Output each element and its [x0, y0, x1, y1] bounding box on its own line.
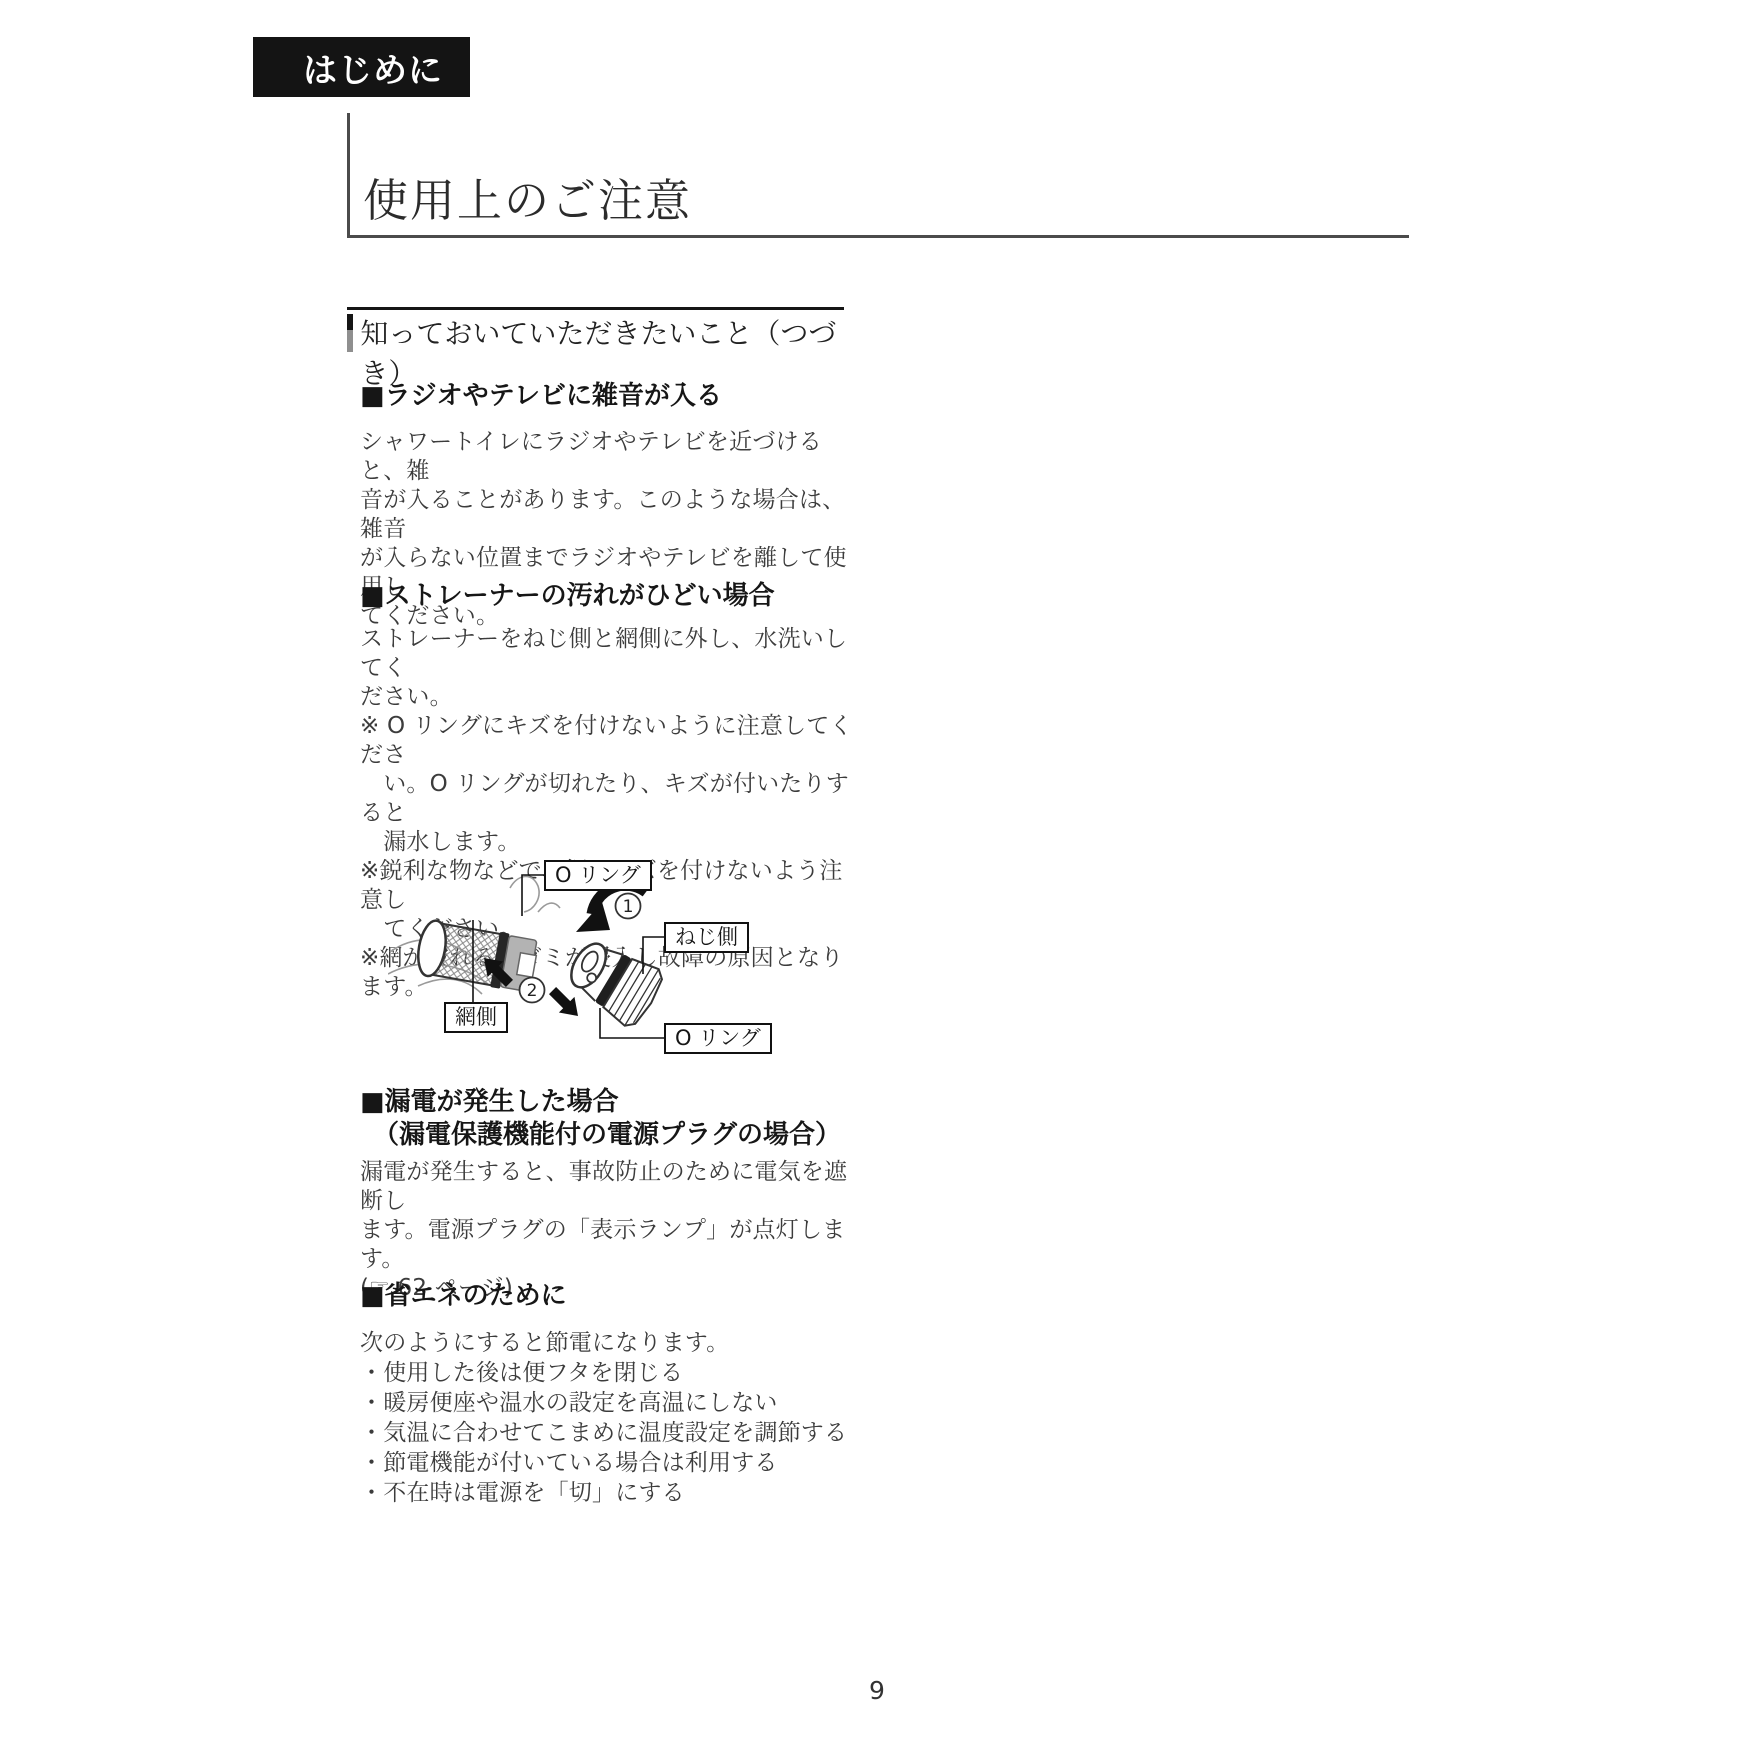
svg-text:1: 1 [623, 897, 634, 917]
page-title: 使用上のご注意 [363, 164, 692, 229]
manual-page: はじめに 使用上のご注意 知っておいていただきたいこと（つづき） ■ラジオやテレ… [0, 0, 1754, 1754]
page-title-block: 使用上のご注意 [347, 113, 1409, 235]
arrow-toward-screw [545, 983, 586, 1024]
chapter-tab-label: はじめに [303, 43, 443, 92]
screw-part [560, 930, 669, 1031]
chapter-tab: はじめに [253, 37, 470, 97]
paragraph-energy-saving: 次のようにすると節電になります。 ・使用した後は便フタを閉じる ・暖房便座や温水… [360, 1328, 860, 1508]
title-underline [347, 235, 1409, 238]
step-number-1: 1 [616, 894, 641, 919]
label-mesh-side: 網側 [444, 1002, 508, 1033]
svg-text:2: 2 [527, 981, 538, 1001]
label-o-ring-bottom: O リング [664, 1023, 772, 1054]
strainer-figure: 1 2 O リング ねじ側 網側 O リング [388, 856, 798, 1068]
label-screw-side: ねじ側 [664, 922, 749, 953]
section-left-bar [347, 314, 353, 352]
subsection-heading-energy-saving: ■省エネのために [360, 1280, 857, 1313]
label-o-ring-top: O リング [544, 860, 652, 891]
subsection-heading-radio-tv-noise: ■ラジオやテレビに雑音が入る [360, 380, 857, 413]
subsection-heading-leakage: ■漏電が発生した場合 （漏電保護機能付の電源プラグの場合） [360, 1086, 857, 1152]
page-number: 9 [0, 1676, 1754, 1705]
strainer-mesh-part [414, 919, 539, 994]
subsection-heading-strainer-dirty: ■ストレーナーの汚れがひどい場合 [360, 580, 857, 613]
step-number-2: 2 [520, 978, 545, 1003]
